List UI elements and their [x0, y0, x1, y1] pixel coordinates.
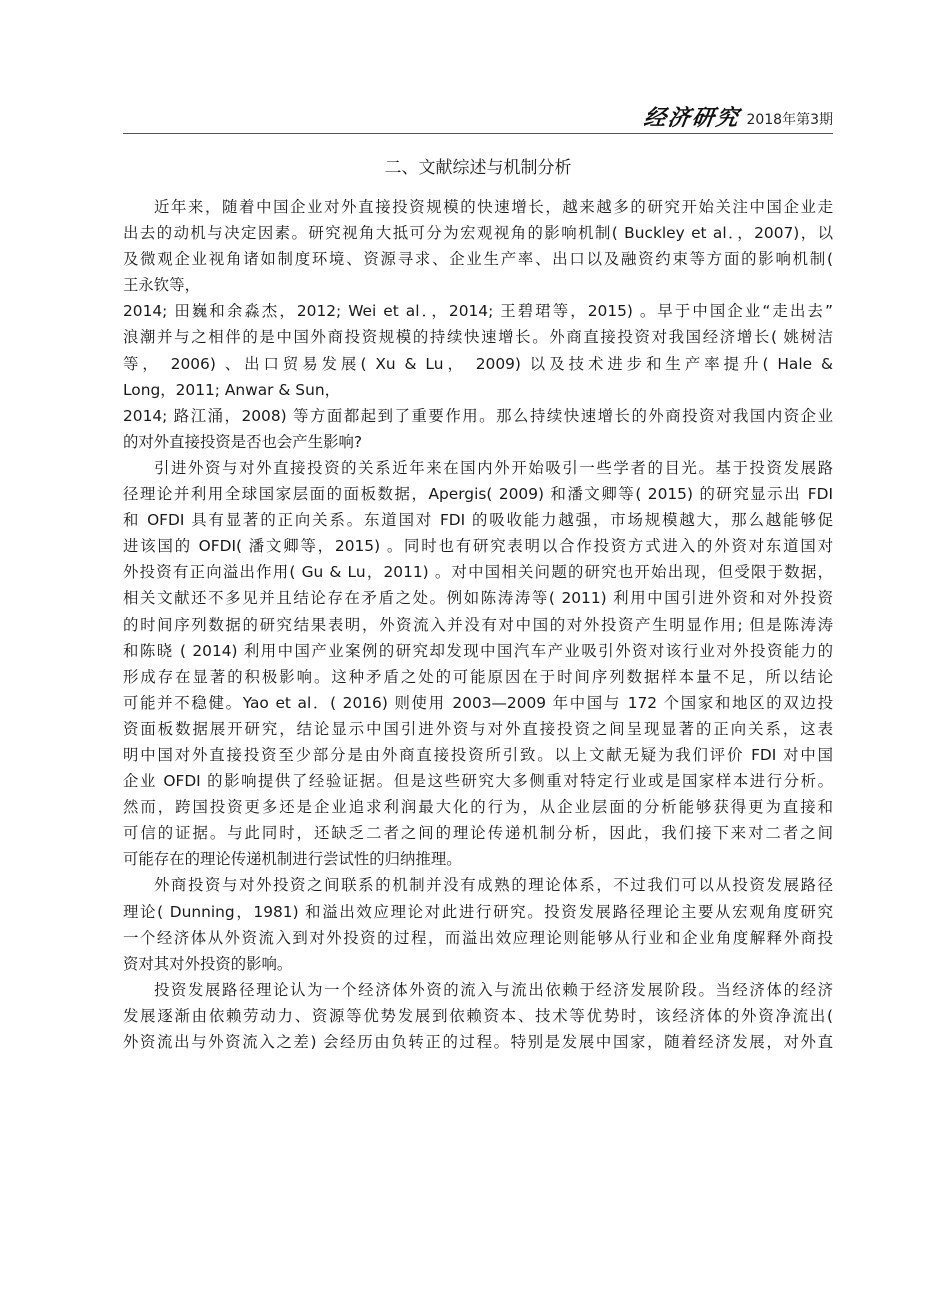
text-line: 可能并不稳健。Yao et al．( 2016) 则使用 2003—2009 年… [123, 690, 833, 716]
text-line: 然而，跨国投资更多还是企业追求利润最大化的行为，从企业层面的分析能够获得更为直接… [123, 794, 833, 820]
text-line: 明中国对外直接投资至少部分是由外商直接投资所引致。以上文献无疑为我们评价 FDI… [123, 742, 833, 768]
text-line: 资面板数据展开研究，结论显示中国引进外资与对外直接投资之间呈现显著的正向关系，这… [123, 716, 833, 742]
text-line: 的对外直接投资是否也会产生影响? [123, 429, 833, 455]
text-line: 引进外资与对外直接投资的关系近年来在国内外开始吸引一些学者的目光。基于投资发展路 [123, 455, 833, 481]
text-line: 理论( Dunning，1981) 和溢出效应理论对此进行研究。投资发展路径理论… [123, 899, 833, 925]
text-line: 王永钦等， [123, 272, 833, 298]
text-line: 企业 OFDI 的影响提供了经验证据。但是这些研究大多侧重对特定行业或是国家样本… [123, 768, 833, 794]
text-line: 外投资有正向溢出作用( Gu & Lu，2011) 。对中国相关问题的研究也开始… [123, 559, 833, 585]
text-line: 进该国的 OFDI( 潘文卿等，2015) 。同时也有研究表明以合作投资方式进入… [123, 533, 833, 559]
text-line: 等， 2006) 、出口贸易发展( Xu & Lu， 2009) 以及技术进步和… [123, 351, 833, 377]
text-line: 和 OFDI 具有显著的正向关系。东道国对 FDI 的吸收能力越强，市场规模越大… [123, 507, 833, 533]
text-line: 2014; 路江涌，2008) 等方面都起到了重要作用。那么持续快速增长的外商投… [123, 403, 833, 429]
text-line: 投资发展路径理论认为一个经济体外资的流入与流出依赖于经济发展阶段。当经济体的经济 [123, 977, 833, 1003]
text-line: 一个经济体从外资流入到对外投资的过程，而溢出效应理论则能够从行业和企业角度解释外… [123, 925, 833, 951]
text-line: Long，2011; Anwar & Sun， [123, 377, 833, 403]
paragraph: 投资发展路径理论认为一个经济体外资的流入与流出依赖于经济发展阶段。当经济体的经济… [123, 977, 833, 1055]
section-title: 二、文献综述与机制分析 [123, 155, 833, 181]
journal-logo: 经济研究 [642, 104, 742, 132]
text-line: 相关文献还不多见并且结论存在矛盾之处。例如陈涛涛等( 2011) 利用中国引进外… [123, 585, 833, 611]
text-line: 发展逐渐由依赖劳动力、资源等优势发展到依赖资本、技术等优势时，该经济体的外资净流… [123, 1003, 833, 1029]
text-line: 可能存在的理论传递机制进行尝试性的归纳推理。 [123, 846, 833, 872]
text-line: 浪潮并与之相伴的是中国外商投资规模的持续快速增长。外商直接投资对我国经济增长( … [123, 324, 833, 350]
text-line: 2014; 田巍和余淼杰，2012; Wei et al．，2014; 王碧珺等… [123, 298, 833, 324]
paragraph: 外商投资与对外投资之间联系的机制并没有成熟的理论体系，不过我们可以从投资发展路径… [123, 872, 833, 976]
text-line: 近年来，随着中国企业对外直接投资规模的快速增长，越来越多的研究开始关注中国企业走 [123, 194, 833, 220]
text-line: 外商投资与对外投资之间联系的机制并没有成熟的理论体系，不过我们可以从投资发展路径 [123, 872, 833, 898]
text-line: 及微观企业视角诸如制度环境、资源寻求、企业生产率、出口以及融资约束等方面的影响机… [123, 246, 833, 272]
text-line: 形成存在显著的积极影响。这种矛盾之处的可能原因在于时间序列数据样本量不足，所以结… [123, 664, 833, 690]
text-line: 径理论并利用全球国家层面的面板数据，Apergis( 2009) 和潘文卿等( … [123, 481, 833, 507]
paragraph: 引进外资与对外直接投资的关系近年来在国内外开始吸引一些学者的目光。基于投资发展路… [123, 455, 833, 873]
issue-label: 2018年第3期 [746, 108, 833, 132]
text-line: 的时间序列数据的研究结果表明，外资流入并没有对中国的对外投资产生明显作用; 但是… [123, 612, 833, 638]
text-line: 和陈晓 ( 2014) 利用中国产业案例的研究却发现中国汽车产业吸引外资对该行业… [123, 638, 833, 664]
text-line: 出去的动机与决定因素。研究视角大抵可分为宏观视角的影响机制( Buckley e… [123, 220, 833, 246]
body-text: 近年来，随着中国企业对外直接投资规模的快速增长，越来越多的研究开始关注中国企业走… [123, 194, 833, 1055]
header-rule [123, 133, 833, 134]
paragraph: 近年来，随着中国企业对外直接投资规模的快速增长，越来越多的研究开始关注中国企业走… [123, 194, 833, 455]
text-line: 外资流出与外资流入之差) 会经历由负转正的过程。特别是发展中国家，随着经济发展，… [123, 1029, 833, 1055]
text-line: 可信的证据。与此同时，还缺乏二者之间的理论传递机制分析，因此，我们接下来对二者之… [123, 820, 833, 846]
text-line: 资对其对外投资的影响。 [123, 951, 833, 977]
running-header: 经济研究 2018年第3期 [644, 104, 833, 132]
